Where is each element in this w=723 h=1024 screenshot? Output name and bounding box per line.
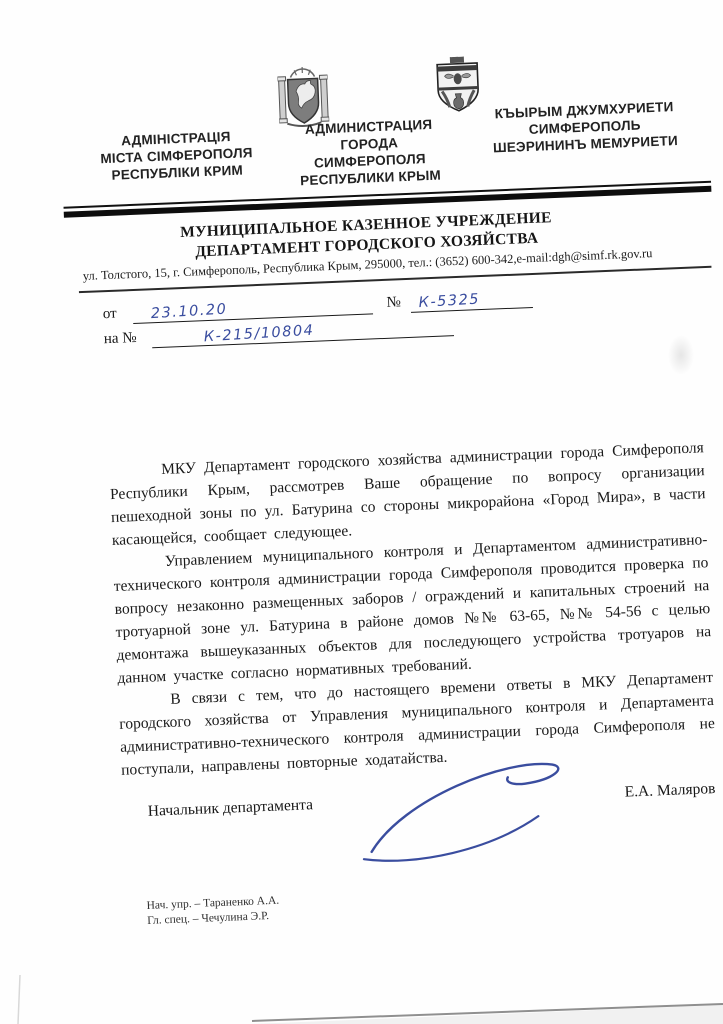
org-name-ukrainian: АДМІНІСТРАЦІЯ МІСТА СІМФЕРОПОЛЯ РЕСПУБЛІ… bbox=[65, 126, 289, 186]
from-label: от bbox=[103, 305, 118, 323]
signer-title: Начальник департамента bbox=[147, 796, 313, 821]
from-date-handwritten: 23.10.20 bbox=[150, 301, 227, 322]
signer-name: Е.А. Маляров bbox=[624, 780, 715, 802]
signature-block: Начальник департамента Е.А. Маляров bbox=[147, 780, 715, 821]
letter-sheet: АДМІНІСТРАЦІЯ МІСТА СІМФЕРОПОЛЯ РЕСПУБЛІ… bbox=[0, 0, 723, 1024]
org-name-russian: АДМИНИСТРАЦИЯ ГОРОДА СИМФЕРОПОЛЯ РЕСПУБЛ… bbox=[282, 115, 457, 190]
letterhead: АДМІНІСТРАЦІЯ МІСТА СІМФЕРОПОЛЯ РЕСПУБЛІ… bbox=[0, 46, 723, 193]
number-handwritten: К-5325 bbox=[418, 291, 480, 311]
reply-number-handwritten: К-215/10804 bbox=[203, 322, 314, 345]
reply-label: на № bbox=[104, 329, 137, 347]
letter-body: МКУ Департамент городского хозяйства адм… bbox=[109, 436, 716, 782]
executors-footer: Нач. упр. – Тараненко А.А. Гл. спец. – Ч… bbox=[146, 874, 723, 929]
body-paragraph: Управлением муниципального контроля и Де… bbox=[112, 528, 712, 690]
crimea-coat-of-arms-icon bbox=[277, 66, 329, 128]
scanned-letter: АДМІНІСТРАЦІЯ МІСТА СІМФЕРОПОЛЯ РЕСПУБЛІ… bbox=[0, 0, 723, 1024]
scan-smudge bbox=[668, 335, 694, 375]
number-label: № bbox=[386, 294, 401, 312]
signature-ink-icon bbox=[354, 750, 598, 864]
reference-block: от 23.10.20 № К-5325 на № К-215/10804 bbox=[102, 286, 534, 355]
number-line: К-5325 bbox=[410, 286, 533, 312]
org-name-crimean-tatar: КЪЫРЫМ ДЖУМХУРИЕТИ СИМФЕРОПОЛЬ ШЕЭРИНИНЪ… bbox=[468, 97, 702, 157]
